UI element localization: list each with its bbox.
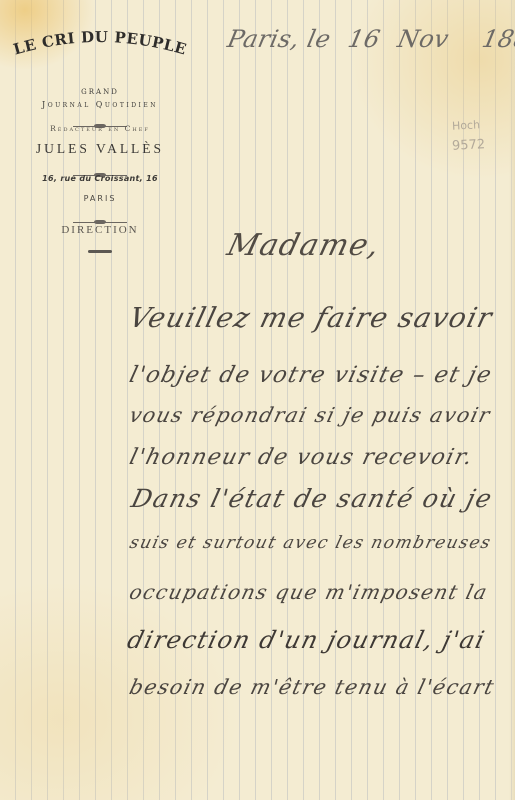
letterhead-editor-role: Rédacteur en Chef	[0, 124, 200, 133]
letterhead-journal: Journal Quotidien	[0, 100, 200, 109]
letter-line: Dans l'état de santé où je	[128, 484, 496, 513]
dateline-day: 16	[346, 25, 383, 53]
ornament-divider	[0, 210, 200, 216]
archive-mark-line-2: 9572	[452, 137, 486, 154]
dateline: Paris, le16Nov1884	[225, 25, 515, 53]
letterhead-address: 16, rue du Croissant, 16	[0, 174, 200, 183]
letterhead-grand: GRAND	[0, 88, 200, 96]
ornament-dash	[88, 250, 112, 253]
masthead-title: LE CRI DU PEUPLE	[10, 26, 190, 56]
letter-salutation: Madame,	[224, 228, 385, 263]
letterhead-department: DIRECTION	[0, 224, 200, 236]
masthead-arc: LE CRI DU PEUPLE	[10, 26, 190, 56]
paper-edge	[509, 0, 515, 800]
letterhead-editor-name: JULES VALLÈS	[0, 141, 200, 157]
svg-text:LE CRI DU PEUPLE: LE CRI DU PEUPLE	[11, 28, 188, 56]
ornament-divider	[0, 114, 200, 120]
letter-line: occupations que m'imposent la	[127, 580, 491, 604]
dateline-month: Nov	[395, 25, 451, 53]
letter-line: suis et surtout avec les nombreuses	[128, 533, 494, 553]
dateline-year: 1884	[480, 25, 515, 53]
dateline-prefix: Paris, le	[225, 25, 333, 53]
letter-line: direction d'un journal, j'ai	[125, 626, 489, 654]
ornament-divider	[0, 163, 200, 169]
archive-mark-line-1: Hoch	[452, 118, 481, 132]
letterhead-city: PARIS	[0, 194, 200, 203]
letter-line: l'honneur de vous recevoir.	[127, 445, 476, 470]
letter-line: besoin de m'être tenu à l'écart	[127, 675, 498, 699]
letter-line: Veuillez me faire savoir	[126, 302, 496, 334]
letter-line: vous répondrai si je puis avoir	[127, 403, 493, 427]
letter-line: l'objet de votre visite – et je	[127, 362, 496, 388]
